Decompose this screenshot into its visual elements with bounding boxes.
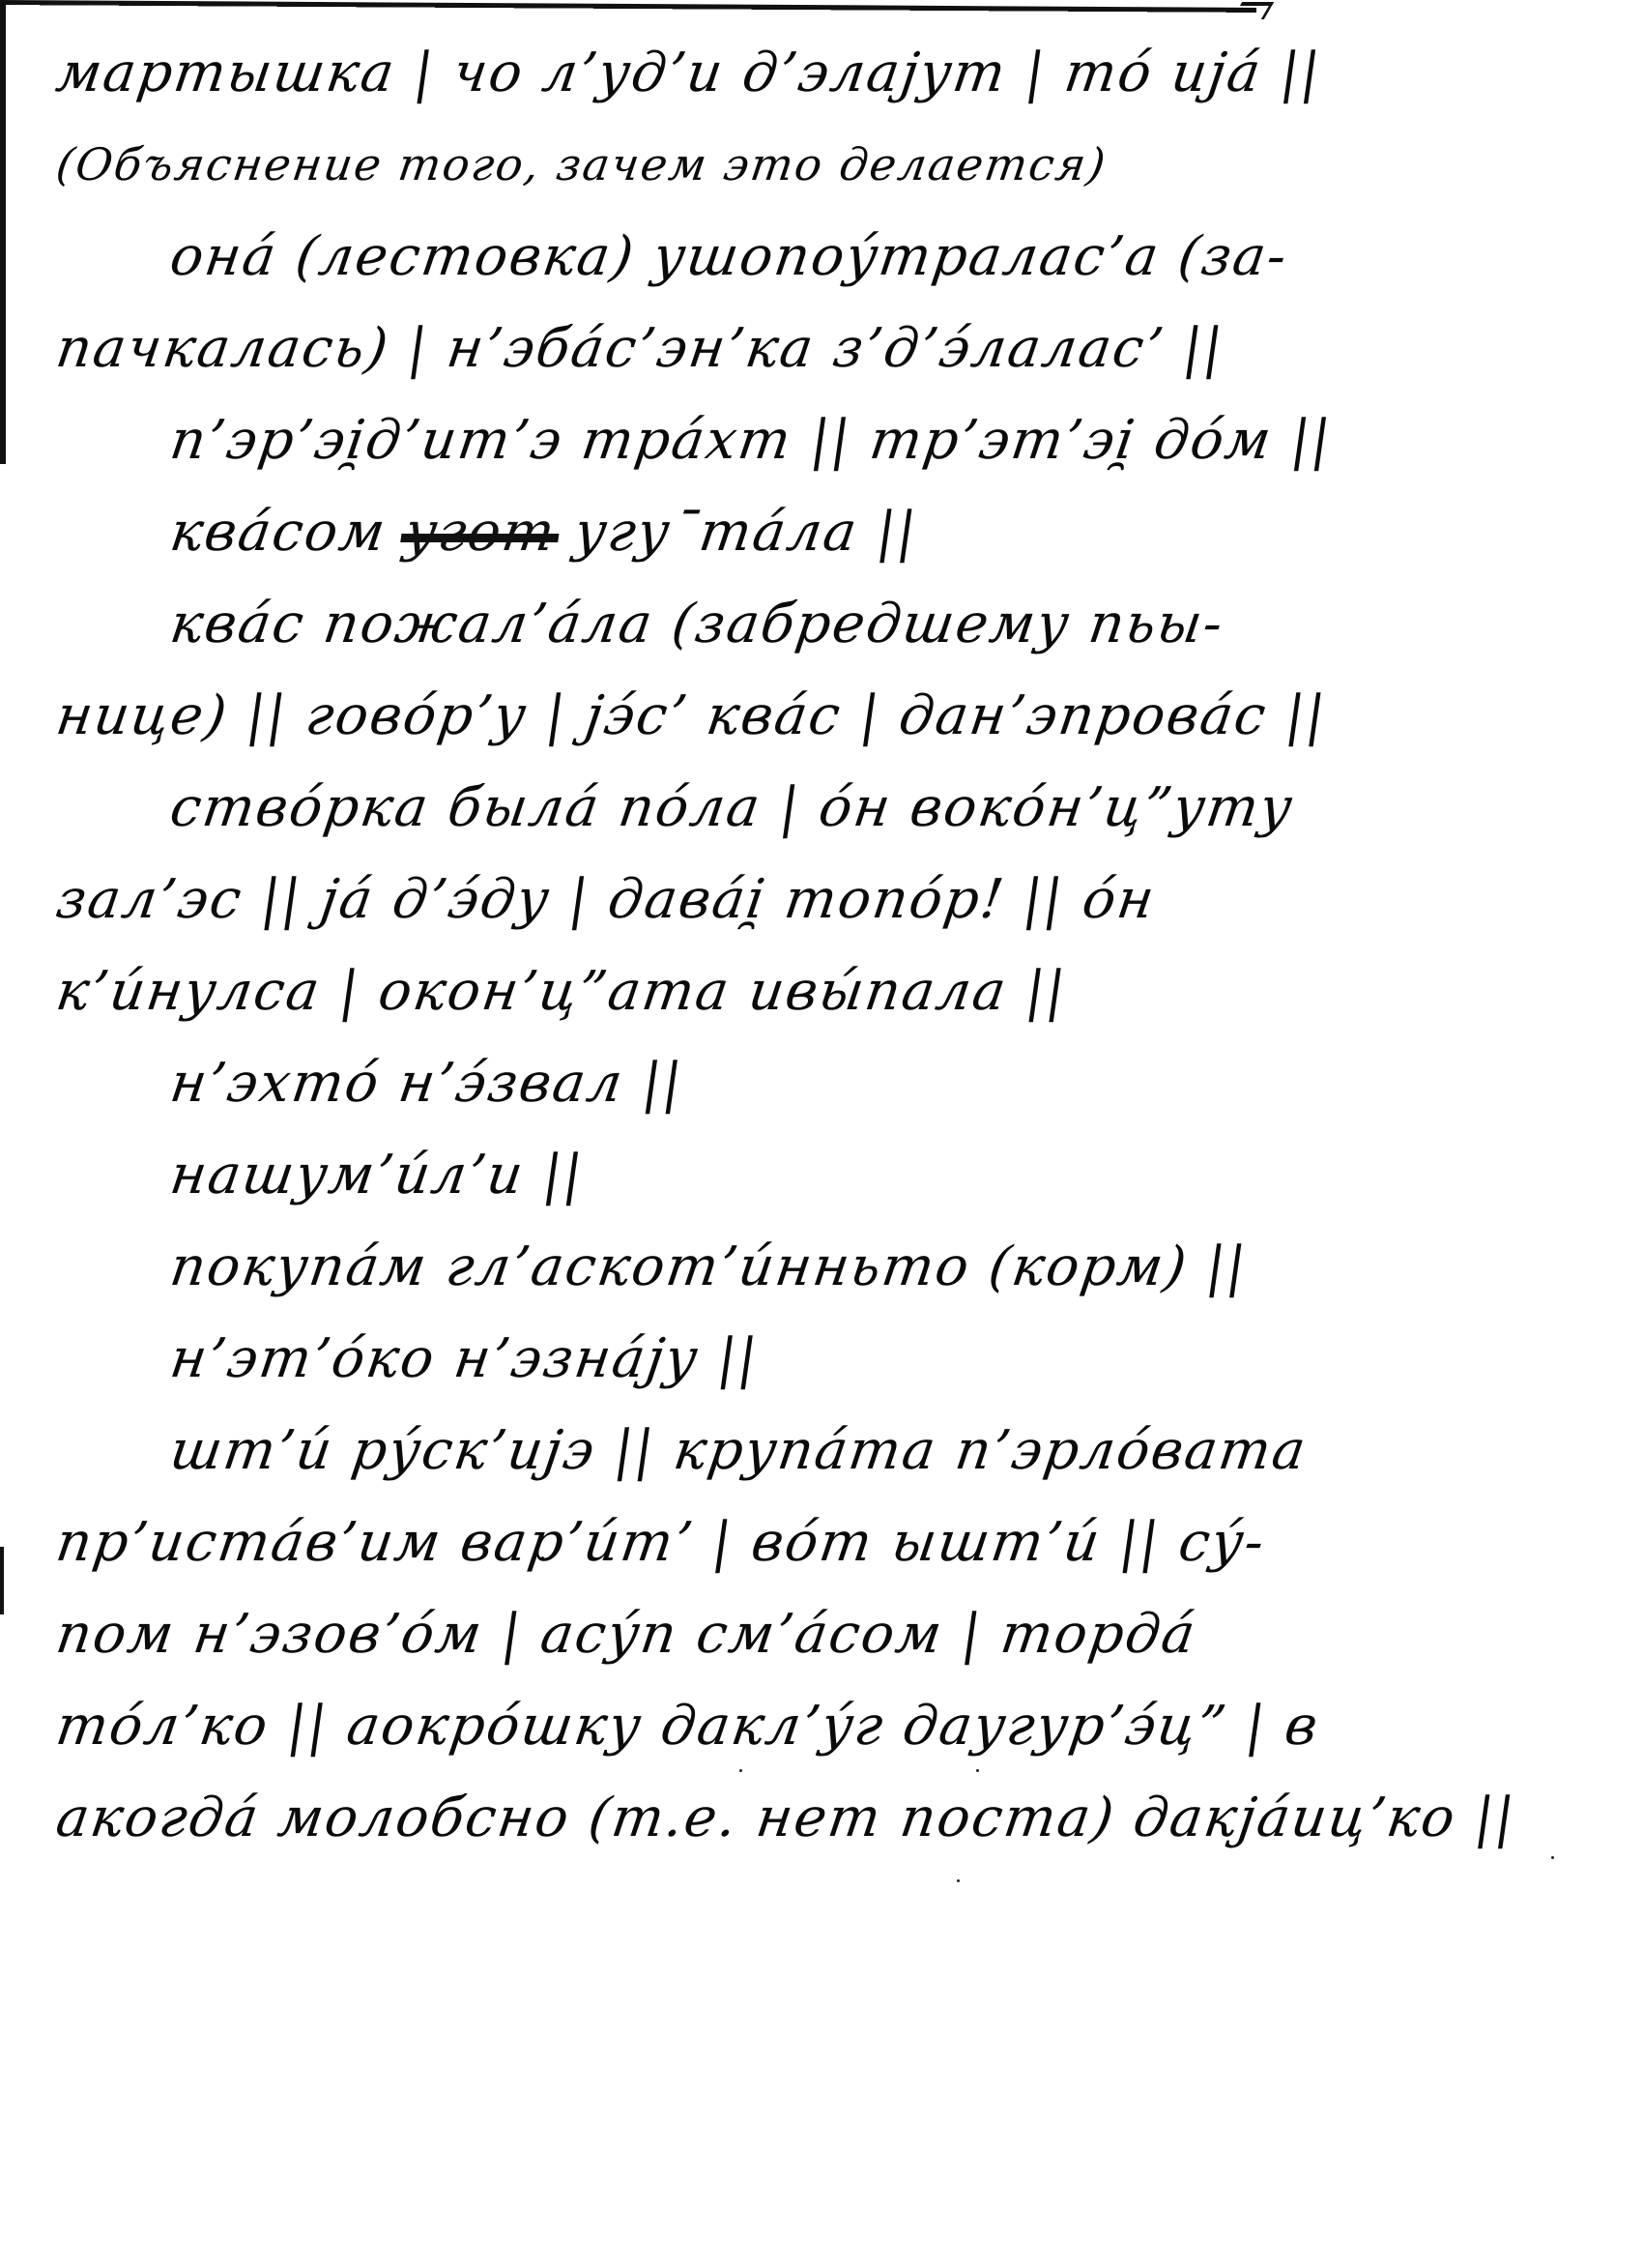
text-line: мартышка | чо л’уд’и д’элајут | тó ија́ … [0,27,1288,119]
text-line: н’эхто́ н’э́звал || [0,1037,1288,1129]
text-line: ство́рка была́ по́ла | о́н воко́н’ц”уту [0,762,1288,854]
struck-out-word: угот [399,486,562,578]
page-top-edge [0,0,1256,15]
text-line: ква́с пожал’а́ла (забредшему пьы- [0,578,1288,670]
text-line: шт’и́ ру́ск’ијэ || крупа́та п’эрло́вата [0,1405,1288,1497]
text-line-note: (Объяснение того, зачем это делается) [0,119,1288,211]
text-line: пачкалась) | н’эба́с’эн’ка з’д’э́лалас’ … [0,303,1288,394]
text-line: нице) || гово́р’у | јэ́с’ ква́с | дан’эп… [0,670,1288,762]
text-line: акогда́ молобсно (т.е. нет поста) дакја́… [0,1772,1288,1864]
text-line: зал’эс || ја́ д’э́ду | дава́і̯ топо́р! |… [0,854,1288,945]
scanned-page: мартышка | чо л’уд’и д’элајут | тó ија́ … [0,0,1643,2268]
text-line: нашум’и́л’и || [0,1129,1288,1221]
text-line: покупа́м гл’аскот’и́нньто (корм) || [0,1221,1288,1313]
text-fragment: ква́сом [166,501,410,564]
text-line: пр’иста́в’им вар’и́т’ | во́т ышт’и́ || с… [0,1497,1288,1588]
text-line: н’эт’о́ко н’эзна́ју || [0,1313,1288,1405]
text-line: п’эр’эі̯д’ит’э тра́хт || тр’эт’эі̯ до́м … [0,394,1288,486]
scan-speck [957,1879,960,1882]
text-line: ква́сом угот угуˉта́ла || [0,486,1288,578]
scan-speck [1551,1856,1554,1859]
page-corner-mark [1232,2,1274,19]
text-line: пом н’эзов’о́м | асу́п см’а́сом | торда́ [0,1588,1288,1680]
text-line: она́ (лестовка) ушопоу́тралас’а (за- [0,211,1288,303]
text-line: к’и́нулса | окон’ц”ата ивы́пала || [0,945,1288,1037]
text-fragment: угуˉта́ла || [551,501,921,564]
text-line: то́л’ко || аокро́шку дакл’у́г даугур’э́ц… [0,1680,1288,1772]
handwritten-text-block: мартышка | чо л’уд’и д’элајут | тó ија́ … [0,27,1276,1864]
